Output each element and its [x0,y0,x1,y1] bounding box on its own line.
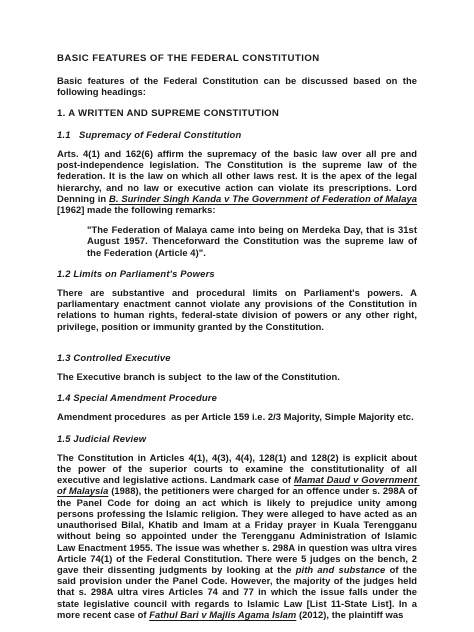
text-run: (2012), the plaintiff was [296,609,403,620]
subsection-1-4-heading: 1.4 Special Amendment Procedure [57,392,417,403]
subsection-1-5-heading: 1.5 Judicial Review [57,433,417,444]
section-1-heading: 1. A WRITTEN AND SUPREME CONSTITUTION [57,108,417,119]
subsection-1-1-heading: 1.1 Supremacy of Federal Constitution [57,129,417,140]
paragraph-supremacy: Arts. 4(1) and 162(6) affirm the suprema… [57,148,417,215]
paragraph-executive: The Executive branch is subject to the l… [57,371,417,382]
paragraph-amendment: Amendment procedures as per Article 159 … [57,411,417,422]
subsection-1-3-heading: 1.3 Controlled Executive [57,352,417,363]
text-run: (1988), the petitioners were charged for… [57,485,420,574]
subsection-1-2-heading: 1.2 Limits on Parliament's Powers [57,268,417,279]
paragraph-limits: There are substantive and procedural lim… [57,287,417,332]
case-citation: B. Surinder Singh Kanda v The Government… [109,193,417,204]
intro-paragraph: Basic features of the Federal Constituti… [57,75,417,97]
document-title: BASIC FEATURES OF THE FEDERAL CONSTITUTI… [57,53,417,64]
document-page: BASIC FEATURES OF THE FEDERAL CONSTITUTI… [0,0,474,632]
case-citation: Fathul Bari v Majlis Agama Islam [149,609,296,620]
emphasized-text: pith and substance [296,564,386,575]
blockquote-merdeka: "The Federation of Malaya came into bein… [87,224,417,258]
paragraph-judicial-review: The Constitution in Articles 4(1), 4(3),… [57,452,417,620]
section-gap [57,339,417,342]
